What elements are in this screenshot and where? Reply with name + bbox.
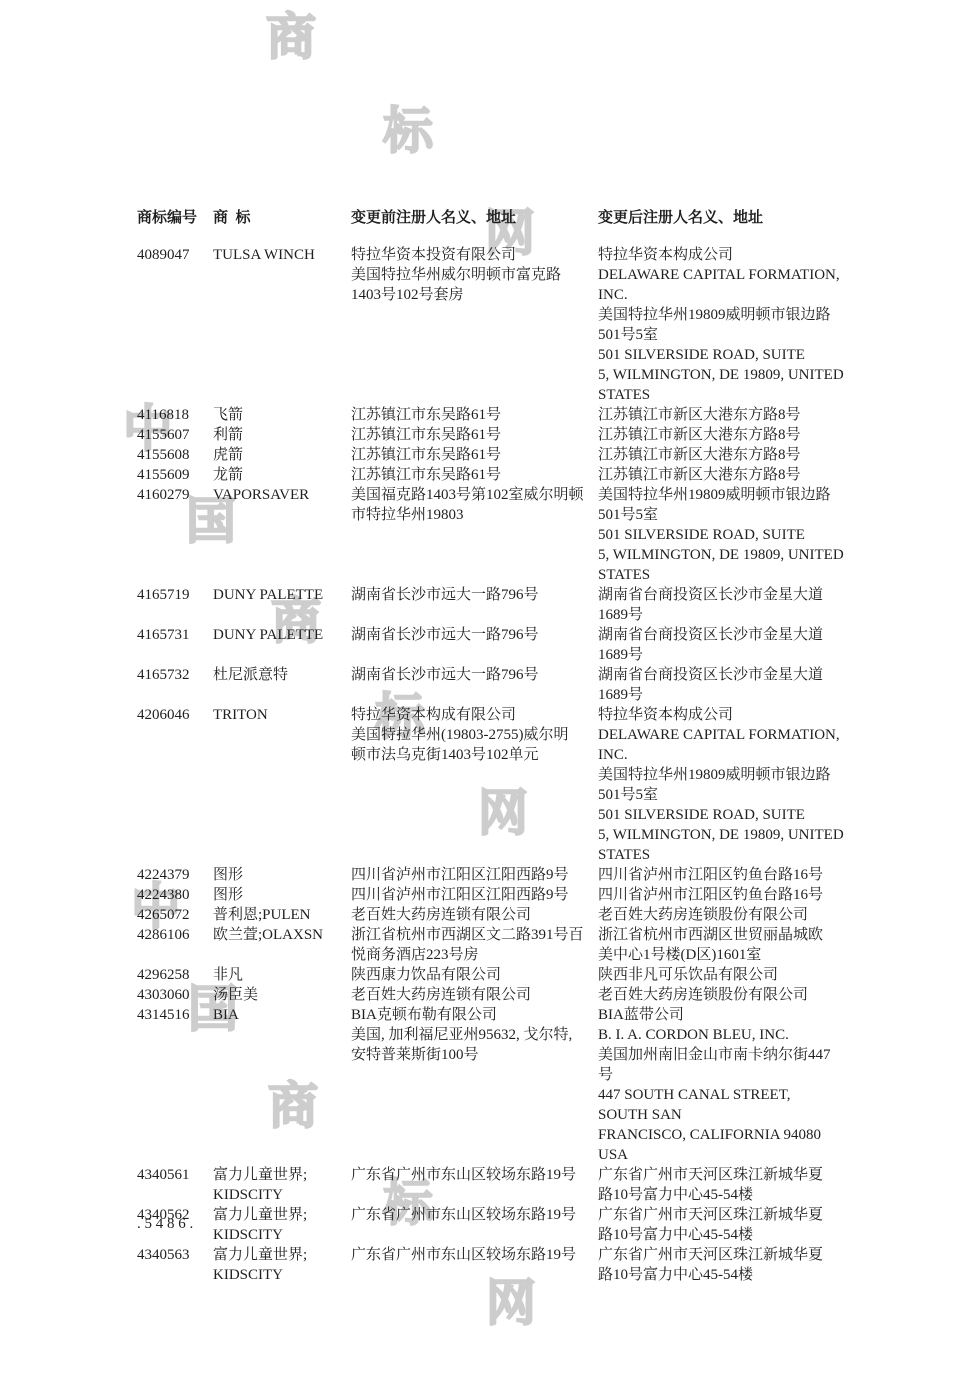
registrant-after-cell: 陕西非凡可乐饮品有限公司 <box>598 965 844 985</box>
trademark-name-cell: 汤臣美 <box>213 985 351 1005</box>
trademark-number-cell: 4224380 <box>137 885 213 905</box>
trademark-number-cell: 4155607 <box>137 425 213 445</box>
trademark-name-cell: BIA <box>213 1005 351 1025</box>
trademark-number-cell: 4206046 <box>137 705 213 725</box>
table-row: 4165731DUNY PALETTE湖南省长沙市远大一路796号湖南省台商投资… <box>137 625 857 665</box>
trademark-number-cell: 4224379 <box>137 865 213 885</box>
gazette-page: 商标网中国商标网中国商标网 商标编号 商 标 变更前注册人名义、地址 变更后注册… <box>0 0 980 1400</box>
registrant-after-cell: 老百姓大药房连锁股份有限公司 <box>598 985 844 1005</box>
trademark-name-cell: 图形 <box>213 865 351 885</box>
trademark-name-cell: 欧兰萱;OLAXSN <box>213 925 351 945</box>
registrant-after-cell: 湖南省台商投资区长沙市金星大道 1689号 <box>598 585 844 625</box>
watermark-glyph: 标 <box>383 106 433 156</box>
trademark-name-cell: 利箭 <box>213 425 351 445</box>
registrant-before-cell: 江苏镇江市东吴路61号 <box>351 445 598 465</box>
trademark-number-cell: 4340561 <box>137 1165 213 1185</box>
table-row: 4265072普利恩;PULEN老百姓大药房连锁有限公司老百姓大药房连锁股份有限… <box>137 905 857 925</box>
registrant-after-cell: 江苏镇江市新区大港东方路8号 <box>598 405 844 425</box>
watermark-glyph: 网 <box>486 1278 536 1328</box>
trademark-name-cell: 非凡 <box>213 965 351 985</box>
registrant-after-cell: 美国特拉华州19809威明顿市银边路 501号5室 501 SILVERSIDE… <box>598 485 844 585</box>
registrant-before-cell: 四川省泸州市江阳区江阳西路9号 <box>351 885 598 905</box>
registrant-before-cell: 江苏镇江市东吴路61号 <box>351 425 598 445</box>
table-row: 4160279VAPORSAVER美国福克路1403号第102室威尔明顿 市特拉… <box>137 485 857 585</box>
col-header-registrant-after: 变更后注册人名义、地址 <box>598 208 844 228</box>
table-header-row: 商标编号 商 标 变更前注册人名义、地址 变更后注册人名义、地址 <box>137 208 857 228</box>
registrant-before-cell: 陕西康力饮品有限公司 <box>351 965 598 985</box>
registrant-before-cell: 湖南省长沙市远大一路796号 <box>351 625 598 645</box>
col-header-registrant-before: 变更前注册人名义、地址 <box>351 208 598 228</box>
table-row: 4340561富力儿童世界; KIDSCITY广东省广州市东山区较场东路19号广… <box>137 1165 857 1205</box>
registrant-before-cell: 特拉华资本投资有限公司 美国特拉华州威尔明顿市富克路 1403号102号套房 <box>351 245 598 305</box>
trademark-number-cell: 4165732 <box>137 665 213 685</box>
table-row: 4224379图形四川省泸州市江阳区江阳西路9号四川省泸州市江阳区钓鱼台路16号 <box>137 865 857 885</box>
registrant-before-cell: 美国福克路1403号第102室威尔明顿 市特拉华州19803 <box>351 485 598 525</box>
registrant-after-cell: 江苏镇江市新区大港东方路8号 <box>598 465 844 485</box>
table-row: 4116818飞箭江苏镇江市东吴路61号江苏镇江市新区大港东方路8号 <box>137 405 857 425</box>
registrant-after-cell: 广东省广州市天河区珠江新城华夏 路10号富力中心45-54楼 <box>598 1245 844 1285</box>
trademark-number-cell: 4155609 <box>137 465 213 485</box>
trademark-number-cell: 4296258 <box>137 965 213 985</box>
trademark-number-cell: 4314516 <box>137 1005 213 1025</box>
trademark-name-cell: VAPORSAVER <box>213 485 351 505</box>
registrant-before-cell: 广东省广州市东山区较场东路19号 <box>351 1205 598 1225</box>
registrant-after-cell: 广东省广州市天河区珠江新城华夏 路10号富力中心45-54楼 <box>598 1165 844 1205</box>
registrant-after-cell: 特拉华资本构成公司 DELAWARE CAPITAL FORMATION, IN… <box>598 705 844 865</box>
trademark-name-cell: 富力儿童世界; KIDSCITY <box>213 1245 351 1285</box>
registrant-after-cell: 江苏镇江市新区大港东方路8号 <box>598 425 844 445</box>
table-row: 4165719DUNY PALETTE湖南省长沙市远大一路796号湖南省台商投资… <box>137 585 857 625</box>
registrant-after-cell: 老百姓大药房连锁股份有限公司 <box>598 905 844 925</box>
trademark-name-cell: 富力儿童世界; KIDSCITY <box>213 1205 351 1245</box>
table-row: 4340562富力儿童世界; KIDSCITY广东省广州市东山区较场东路19号广… <box>137 1205 857 1245</box>
registrant-after-cell: 四川省泸州市江阳区钓鱼台路16号 <box>598 885 844 905</box>
registrant-before-cell: BIA克顿布勒有限公司 美国, 加利福尼亚州95632, 戈尔特, 安特普莱斯街… <box>351 1005 598 1065</box>
table-row: 4224380图形四川省泸州市江阳区江阳西路9号四川省泸州市江阳区钓鱼台路16号 <box>137 885 857 905</box>
registrant-after-cell: BIA蓝带公司 B. I. A. CORDON BLEU, INC. 美国加州南… <box>598 1005 844 1165</box>
trademark-number-cell: 4116818 <box>137 405 213 425</box>
table-body: 4089047TULSA WINCH特拉华资本投资有限公司 美国特拉华州威尔明顿… <box>137 245 857 1285</box>
trademark-number-cell: 4089047 <box>137 245 213 265</box>
col-header-trademark-number: 商标编号 <box>137 208 213 228</box>
registrant-after-cell: 四川省泸州市江阳区钓鱼台路16号 <box>598 865 844 885</box>
registrant-after-cell: 江苏镇江市新区大港东方路8号 <box>598 445 844 465</box>
table-row: 4206046TRITON特拉华资本构成有限公司 美国特拉华州(19803-27… <box>137 705 857 865</box>
trademark-number-cell: 4286106 <box>137 925 213 945</box>
watermark-glyph: 商 <box>266 12 316 62</box>
trademark-name-cell: 龙箭 <box>213 465 351 485</box>
registrant-before-cell: 老百姓大药房连锁有限公司 <box>351 985 598 1005</box>
registrant-after-cell: 湖南省台商投资区长沙市金星大道 1689号 <box>598 625 844 665</box>
registrant-before-cell: 江苏镇江市东吴路61号 <box>351 405 598 425</box>
trademark-name-cell: 杜尼派意特 <box>213 665 351 685</box>
trademark-name-cell: 图形 <box>213 885 351 905</box>
trademark-name-cell: 普利恩;PULEN <box>213 905 351 925</box>
table-row: 4155608虎箭江苏镇江市东吴路61号江苏镇江市新区大港东方路8号 <box>137 445 857 465</box>
trademark-name-cell: DUNY PALETTE <box>213 625 351 645</box>
registrant-after-cell: 湖南省台商投资区长沙市金星大道 1689号 <box>598 665 844 705</box>
table-row: 4340563富力儿童世界; KIDSCITY广东省广州市东山区较场东路19号广… <box>137 1245 857 1285</box>
table-row: 4314516BIABIA克顿布勒有限公司 美国, 加利福尼亚州95632, 戈… <box>137 1005 857 1165</box>
trademark-name-cell: 虎箭 <box>213 445 351 465</box>
table-row: 4089047TULSA WINCH特拉华资本投资有限公司 美国特拉华州威尔明顿… <box>137 245 857 405</box>
registrant-after-cell: 广东省广州市天河区珠江新城华夏 路10号富力中心45-54楼 <box>598 1205 844 1245</box>
trademark-number-cell: 4165731 <box>137 625 213 645</box>
trademark-name-cell: TRITON <box>213 705 351 725</box>
trademark-change-table: 商标编号 商 标 变更前注册人名义、地址 变更后注册人名义、地址 4089047… <box>137 208 857 1285</box>
registrant-before-cell: 江苏镇江市东吴路61号 <box>351 465 598 485</box>
trademark-number-cell: 4303060 <box>137 985 213 1005</box>
trademark-number-cell: 4265072 <box>137 905 213 925</box>
table-row: 4165732杜尼派意特湖南省长沙市远大一路796号湖南省台商投资区长沙市金星大… <box>137 665 857 705</box>
trademark-name-cell: DUNY PALETTE <box>213 585 351 605</box>
trademark-number-cell: 4155608 <box>137 445 213 465</box>
registrant-before-cell: 广东省广州市东山区较场东路19号 <box>351 1165 598 1185</box>
registrant-before-cell: 湖南省长沙市远大一路796号 <box>351 585 598 605</box>
table-row: 4155609龙箭江苏镇江市东吴路61号江苏镇江市新区大港东方路8号 <box>137 465 857 485</box>
trademark-name-cell: TULSA WINCH <box>213 245 351 265</box>
registrant-before-cell: 特拉华资本构成有限公司 美国特拉华州(19803-2755)威尔明 顿市法乌克街… <box>351 705 598 765</box>
table-row: 4286106欧兰萱;OLAXSN浙江省杭州市西湖区文二路391号百 悦商务酒店… <box>137 925 857 965</box>
table-row: 4155607利箭江苏镇江市东吴路61号江苏镇江市新区大港东方路8号 <box>137 425 857 445</box>
registrant-after-cell: 特拉华资本构成公司 DELAWARE CAPITAL FORMATION, IN… <box>598 245 844 405</box>
table-row: 4303060汤臣美老百姓大药房连锁有限公司老百姓大药房连锁股份有限公司 <box>137 985 857 1005</box>
registrant-after-cell: 浙江省杭州市西湖区世贸丽晶城欧 美中心1号楼(D区)1601室 <box>598 925 844 965</box>
col-header-trademark: 商 标 <box>213 208 351 228</box>
registrant-before-cell: 四川省泸州市江阳区江阳西路9号 <box>351 865 598 885</box>
trademark-name-cell: 飞箭 <box>213 405 351 425</box>
registrant-before-cell: 湖南省长沙市远大一路796号 <box>351 665 598 685</box>
page-number: . 5 4 8 6 . <box>137 1216 193 1233</box>
registrant-before-cell: 广东省广州市东山区较场东路19号 <box>351 1245 598 1265</box>
trademark-number-cell: 4160279 <box>137 485 213 505</box>
registrant-before-cell: 老百姓大药房连锁有限公司 <box>351 905 598 925</box>
trademark-name-cell: 富力儿童世界; KIDSCITY <box>213 1165 351 1205</box>
trademark-number-cell: 4165719 <box>137 585 213 605</box>
table-row: 4296258非凡陕西康力饮品有限公司陕西非凡可乐饮品有限公司 <box>137 965 857 985</box>
trademark-number-cell: 4340563 <box>137 1245 213 1265</box>
registrant-before-cell: 浙江省杭州市西湖区文二路391号百 悦商务酒店223号房 <box>351 925 598 965</box>
